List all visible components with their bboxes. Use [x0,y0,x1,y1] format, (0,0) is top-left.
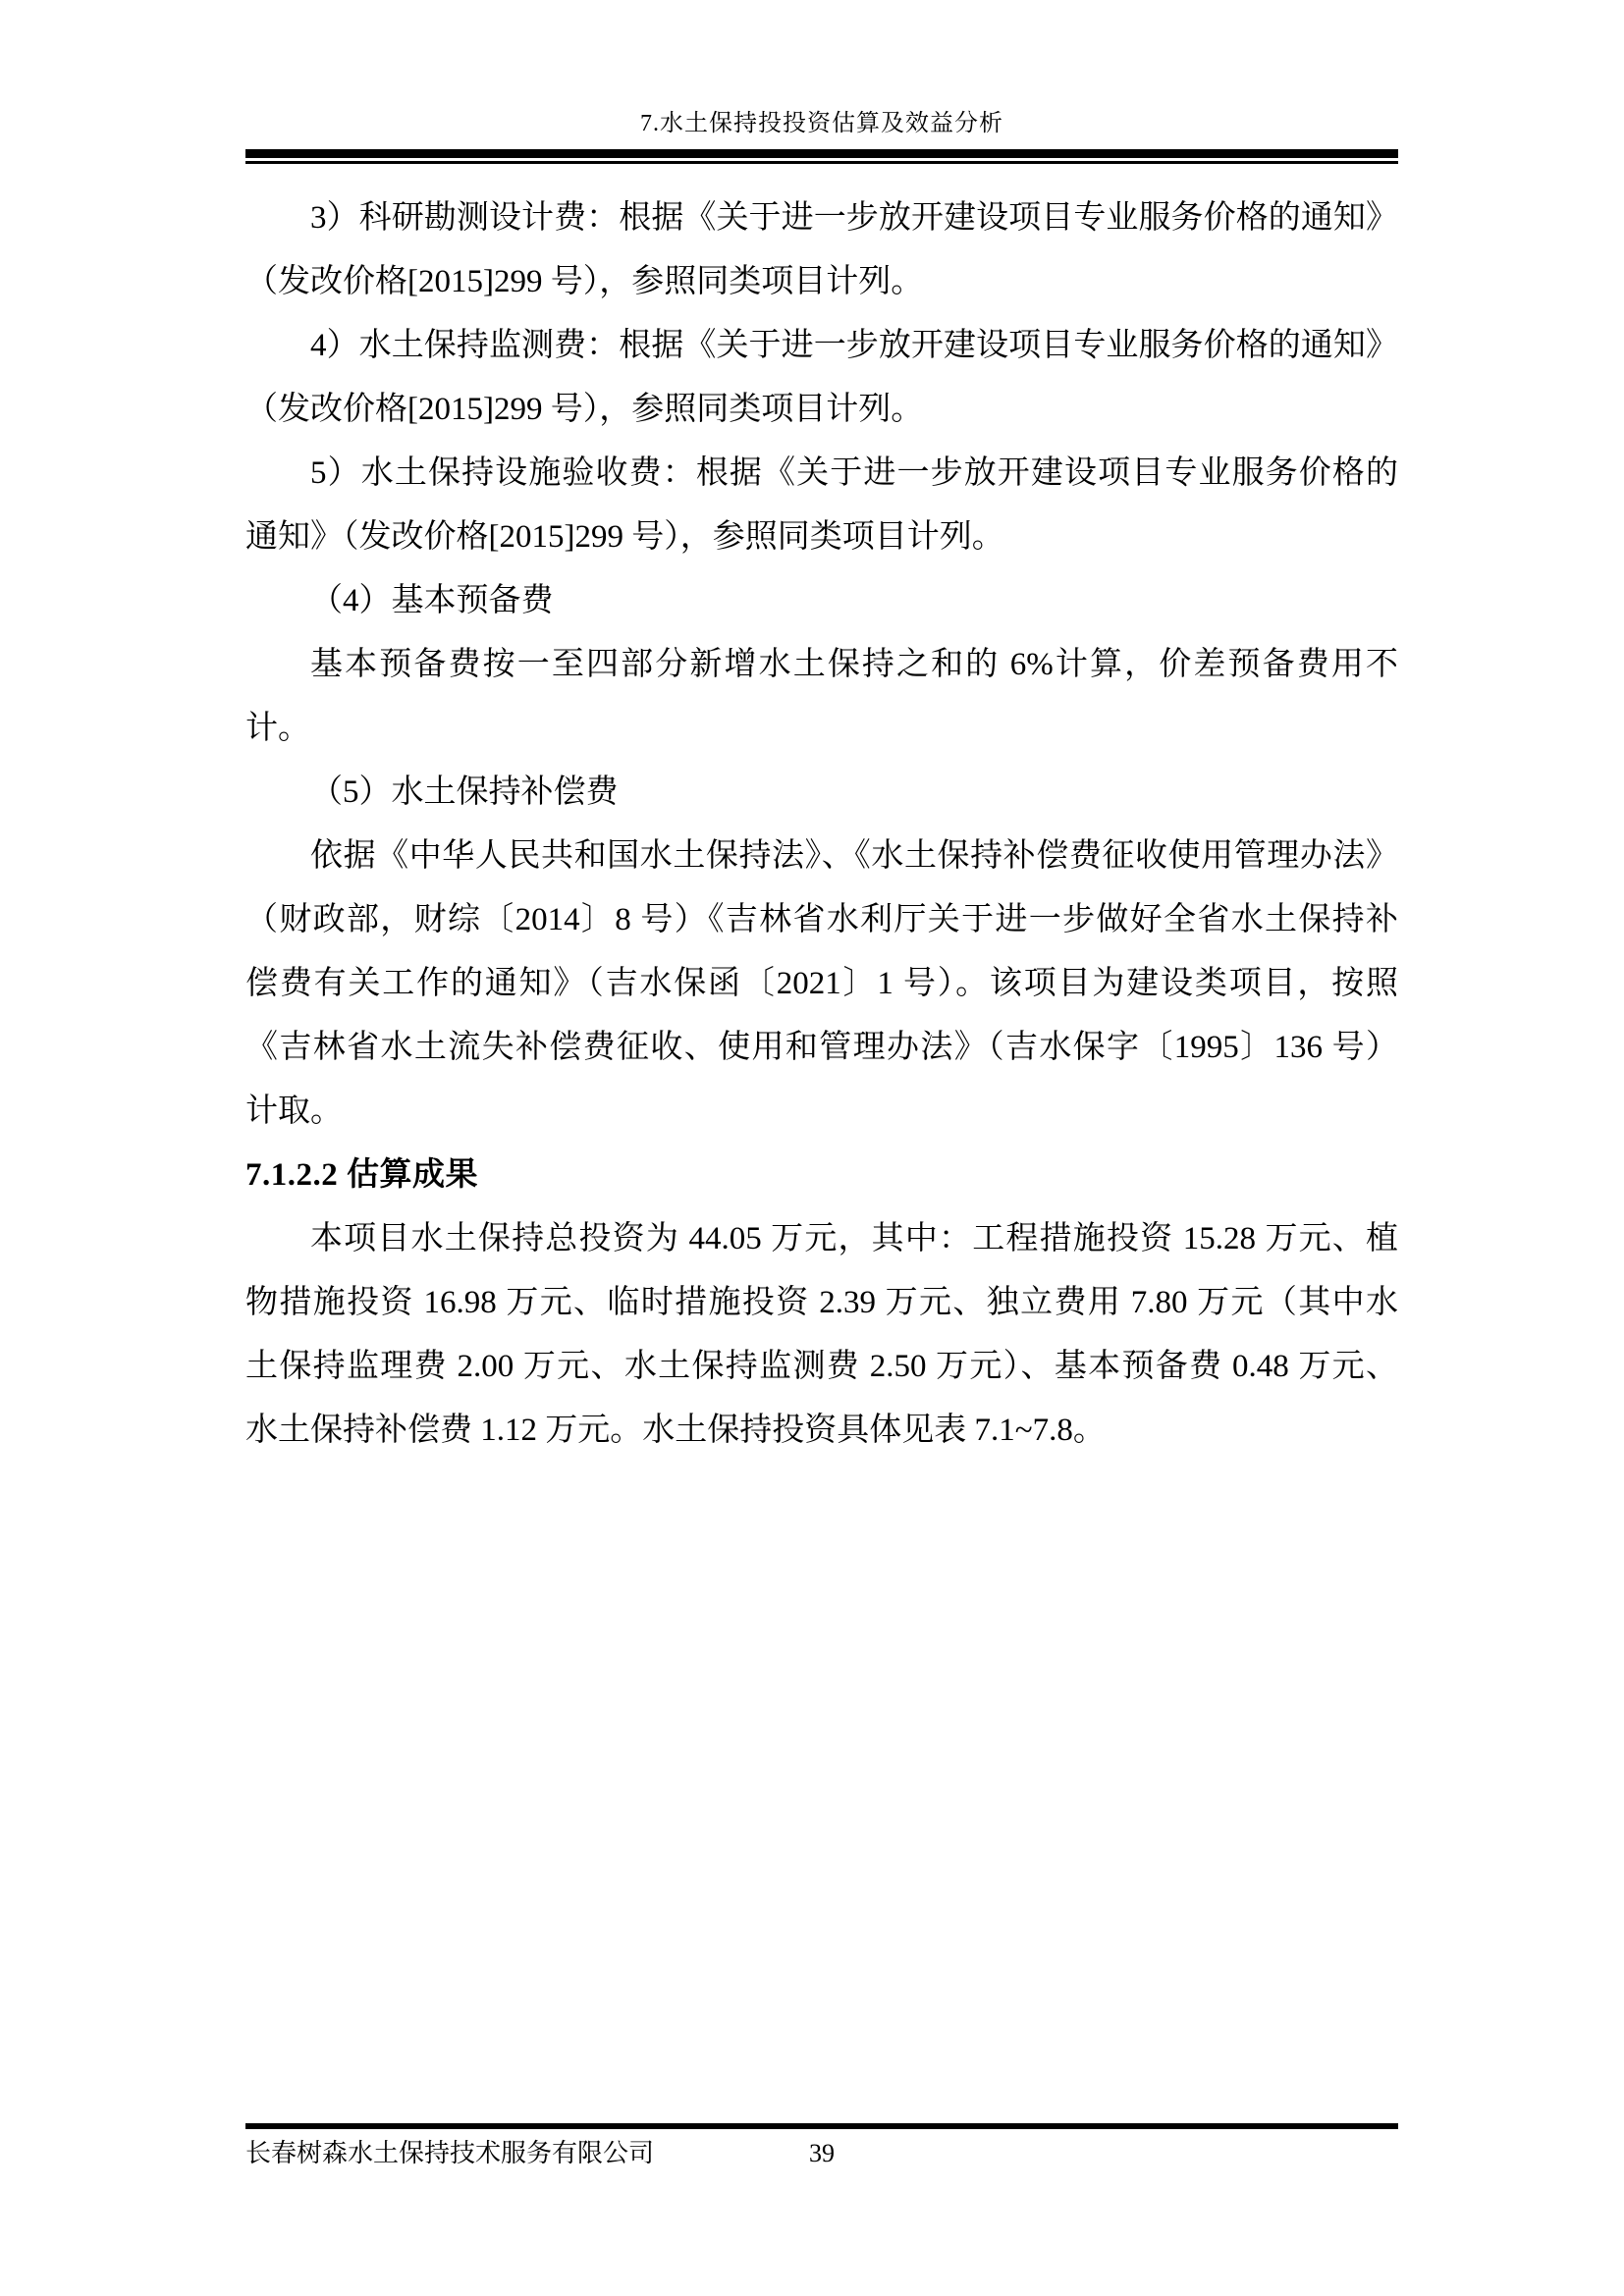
text-line: 依据《中华人民共和国水土保持法》、《水土保持补偿费征收使用管理办法》 [245,825,1398,888]
text-line: 基本预备费按一至四部分新增水土保持之和的 6%计算，价差预备费用不 [245,633,1398,697]
header-rule-thin-line [245,161,1398,164]
document-page: 7.水土保持投投资估算及效益分析 3）科研勘测设计费：根据《关于进一步放开建设项… [0,0,1624,2296]
footer-page-number: 39 [245,2134,1398,2173]
header-title: 7.水土保持投投资估算及效益分析 [245,106,1398,141]
text-line: 3）科研勘测设计费：根据《关于进一步放开建设项目专业服务价格的通知》 [245,187,1398,250]
text-line: 计取。 [245,1080,1398,1144]
text-line: 《吉林省水土流失补偿费征收、使用和管理办法》（吉水保字〔1995〕136 号） [245,1016,1398,1080]
text-line: （发改价格[2015]299 号），参照同类项目计列。 [245,378,1398,442]
footer-rule [245,2123,1398,2129]
text-line: 计。 [245,697,1398,761]
text-line: 偿费有关工作的通知》（吉水保函〔2021〕1 号）。该项目为建设类项目，按照 [245,952,1398,1016]
text-line: 5）水土保持设施验收费：根据《关于进一步放开建设项目专业服务价格的 [245,442,1398,506]
text-line: 本项目水土保持总投资为 44.05 万元，其中：工程措施投资 15.28 万元、… [245,1207,1398,1271]
text-line: （发改价格[2015]299 号），参照同类项目计列。 [245,250,1398,314]
text-line: 4）水土保持监测费：根据《关于进一步放开建设项目专业服务价格的通知》 [245,314,1398,378]
header-rule-thick-line [245,149,1398,158]
header-rule [245,149,1398,164]
text-line: （4）基本预备费 [245,569,1398,633]
text-line: 土保持监理费 2.00 万元、水土保持监测费 2.50 万元）、基本预备费 0.… [245,1335,1398,1399]
document-body: 3）科研勘测设计费：根据《关于进一步放开建设项目专业服务价格的通知》 （发改价格… [245,187,1398,1463]
text-line: 通知》（发改价格[2015]299 号），参照同类项目计列。 [245,506,1398,569]
text-line: 物措施投资 16.98 万元、临时措施投资 2.39 万元、独立费用 7.80 … [245,1271,1398,1335]
section-heading: 7.1.2.2 估算成果 [245,1144,1398,1207]
text-line: （5）水土保持补偿费 [245,761,1398,825]
text-line: （财政部，财综〔2014〕8 号）《吉林省水利厅关于进一步做好全省水土保持补 [245,888,1398,952]
text-line: 水土保持补偿费 1.12 万元。水土保持投资具体见表 7.1~7.8。 [245,1399,1398,1463]
